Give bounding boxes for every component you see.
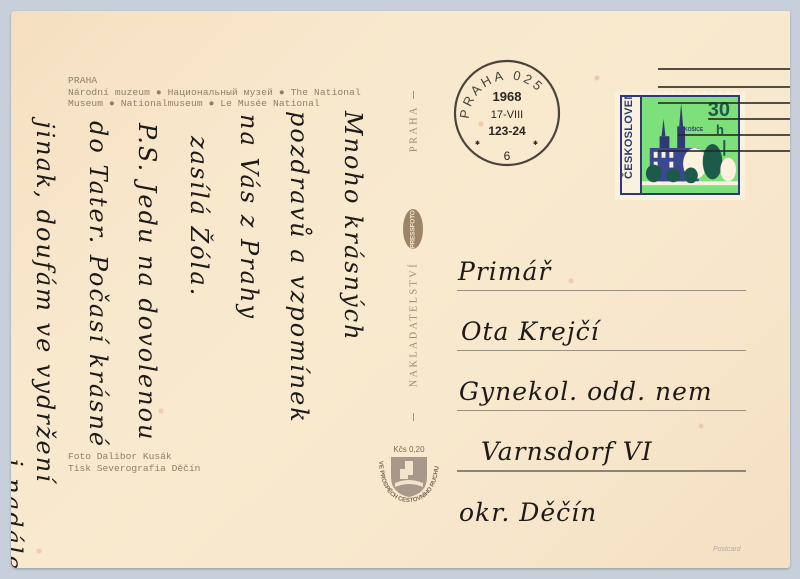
address-line-4 [457, 470, 746, 472]
message-line-3: na Vás z Prahy [235, 114, 263, 320]
address-department: Gynekol. odd. nem [459, 377, 713, 406]
message-line-1: Mnoho krásných [339, 111, 367, 342]
svg-text:✱: ✱ [475, 139, 480, 148]
caption-line-1: Národní muzeum ● Национальный музей ● Th… [68, 87, 361, 99]
cancel-line [658, 102, 790, 104]
pressfoto-logo: PRESSFOTO [403, 209, 423, 249]
divider-line-top [413, 91, 414, 99]
card-caption: PRAHA Národní muzeum ● Национальный музе… [68, 75, 361, 110]
credits-photo: Foto Dalibor Kusák [68, 451, 200, 463]
charity-price: Kčs 0,20 [393, 445, 425, 454]
publisher-name: NAKLADATELSTVÍ [409, 262, 420, 387]
caption-city: PRAHA [68, 75, 361, 87]
cancel-line [708, 118, 790, 120]
caption-line-2: Museum ● Nationalmuseum ● Le Musée Natio… [68, 98, 361, 110]
postmark-date: 17-VIII [491, 109, 523, 121]
publisher-city: PRAHA [409, 105, 420, 152]
address-town: Varnsdorf VI [481, 437, 653, 466]
publisher-divider: PRAHA PRESSFOTO NAKLADATELSTVÍ [400, 91, 428, 421]
message-line-6: do Tater. Počasí krásné [84, 121, 112, 448]
address-district: okr. Děčín [459, 498, 597, 527]
postmark-time: 123-24 [488, 124, 526, 138]
address-line-1 [457, 290, 746, 291]
message-line-5: P.S. Jedu na dovolenou [133, 123, 161, 442]
credits-print: Tisk Severografia Děčín [68, 463, 200, 475]
svg-text:✱: ✱ [533, 139, 538, 148]
card-credits: Foto Dalibor Kusák Tisk Severografia Děč… [68, 451, 200, 474]
message-line-2: pozdravů a vzpomínek [285, 111, 313, 424]
divider-line-bottom [413, 413, 414, 421]
message-line-8: i nadále. [11, 459, 27, 568]
address-line-2 [457, 350, 746, 351]
address-line-3 [457, 410, 746, 411]
cancel-line [678, 134, 790, 136]
charity-stamp: Kčs 0,20 VE PROSPĚCH CESTOVNÍHO RUCHU [373, 443, 445, 505]
postmark: PRAHA 025 1968 17-VIII 123-24 ✱ ✱ 6 [451, 57, 563, 169]
cancel-line [658, 86, 790, 88]
address-title: Primář [458, 257, 551, 286]
cancel-line [658, 150, 790, 152]
cancellation-lines [638, 68, 790, 178]
message-line-7: jinak, doufám ve vydržení [31, 121, 59, 484]
cancel-line [658, 68, 790, 70]
postmark-circle-icon: PRAHA 025 1968 17-VIII 123-24 ✱ ✱ 6 [451, 57, 563, 169]
tourism-shield-icon: Kčs 0,20 VE PROSPĚCH CESTOVNÍHO RUCHU [373, 443, 445, 505]
stamp-country: ČESKOSLOVENSKO [623, 95, 635, 179]
postmark-office: 6 [504, 149, 511, 163]
address-name: Ota Krejčí [461, 317, 600, 346]
postmark-year: 1968 [493, 89, 522, 104]
postcard: PRAHA Národní muzeum ● Национальный музе… [11, 11, 790, 568]
watermark: Postcard [713, 546, 741, 553]
message-line-4: zasílá Žóla. [185, 136, 213, 297]
